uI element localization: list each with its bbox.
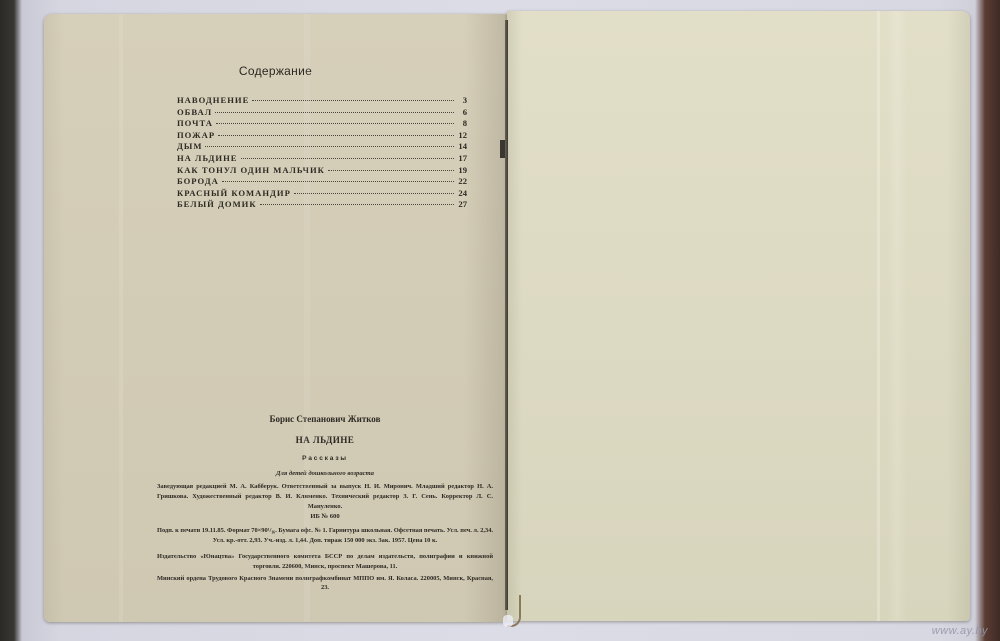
- toc-entry-page: 14: [457, 141, 467, 151]
- toc-entry-title: НА ЛЬДИНЕ: [177, 153, 238, 163]
- dot-leader: [328, 170, 454, 171]
- dot-leader: [215, 112, 454, 113]
- toc-entry: ПОЖАР12: [177, 130, 467, 142]
- dot-leader: [294, 193, 454, 194]
- toc-entry-page: 3: [457, 95, 467, 105]
- book-title: НА ЛЬДИНЕ: [157, 435, 493, 445]
- dot-leader: [241, 158, 454, 159]
- colophon: Борис Степанович Житков НА ЛЬДИНЕ Расска…: [157, 414, 493, 593]
- toc-entry-title: ОБВАЛ: [177, 107, 212, 117]
- toc-entry: ДЫМ14: [177, 141, 467, 153]
- toc-entry-page: 6: [457, 107, 467, 117]
- isbn: ИБ № 600: [157, 513, 493, 520]
- genre: Рассказы: [157, 455, 493, 462]
- dot-leader: [218, 135, 454, 136]
- table-of-contents: НАВОДНЕНИЕ3ОБВАЛ6ПОЧТА8ПОЖАР12ДЫМ14НА ЛЬ…: [177, 95, 467, 211]
- toc-entry-title: НАВОДНЕНИЕ: [177, 95, 249, 105]
- toc-entry: НА ЛЬДИНЕ17: [177, 153, 467, 165]
- toc-entry-page: 24: [457, 188, 467, 198]
- publisher-info: Издательство «Юнацтва» Государственного …: [157, 552, 493, 572]
- dot-leader: [252, 100, 454, 101]
- left-page: Содержание НАВОДНЕНИЕ3ОБВАЛ6ПОЧТА8ПОЖАР1…: [44, 14, 507, 622]
- toc-entry-page: 27: [457, 199, 467, 209]
- binding-thread: [503, 615, 513, 627]
- dot-leader: [222, 181, 454, 182]
- right-page: [507, 11, 970, 621]
- print-info: Подп. к печати 19.11.85. Формат 70×90¹/₁…: [157, 526, 493, 546]
- audience: Для детей дошкольного возраста: [157, 470, 493, 477]
- toc-entry: БЕЛЫЙ ДОМИК27: [177, 199, 467, 211]
- dot-leader: [216, 123, 454, 124]
- watermark: www.ay.by: [932, 625, 988, 637]
- toc-entry-page: 12: [457, 130, 467, 140]
- toc-entry: ПОЧТА8: [177, 118, 467, 130]
- toc-entry-page: 22: [457, 176, 467, 186]
- toc-entry-title: ПОЧТА: [177, 118, 213, 128]
- toc-entry-title: БЕЛЫЙ ДОМИК: [177, 199, 257, 209]
- toc-entry: КАК ТОНУЛ ОДИН МАЛЬЧИК19: [177, 165, 467, 177]
- toc-entry-title: ДЫМ: [177, 141, 202, 151]
- toc-entry: ОБВАЛ6: [177, 107, 467, 119]
- book-spine: [505, 20, 508, 610]
- toc-entry-page: 17: [457, 153, 467, 163]
- toc-entry: НАВОДНЕНИЕ3: [177, 95, 467, 107]
- toc-entry-page: 19: [457, 165, 467, 175]
- toc-entry-title: КРАСНЫЙ КОМАНДИР: [177, 188, 291, 198]
- dot-leader: [205, 146, 454, 147]
- spine-mark: [500, 140, 505, 158]
- toc-entry-title: БОРОДА: [177, 176, 219, 186]
- dot-leader: [260, 204, 454, 205]
- toc-entry-title: КАК ТОНУЛ ОДИН МАЛЬЧИК: [177, 165, 325, 175]
- author-name: Борис Степанович Житков: [157, 414, 493, 424]
- toc-entry: БОРОДА22: [177, 176, 467, 188]
- toc-entry: КРАСНЫЙ КОМАНДИР24: [177, 188, 467, 200]
- toc-entry-title: ПОЖАР: [177, 130, 215, 140]
- toc-title: Содержание: [44, 64, 507, 78]
- printer-info: Минский ордена Трудового Красного Знамен…: [157, 574, 493, 594]
- toc-entry-page: 8: [457, 118, 467, 128]
- editorial-credits: Заведующая редакцией М. А. Кабберук. Отв…: [157, 482, 493, 511]
